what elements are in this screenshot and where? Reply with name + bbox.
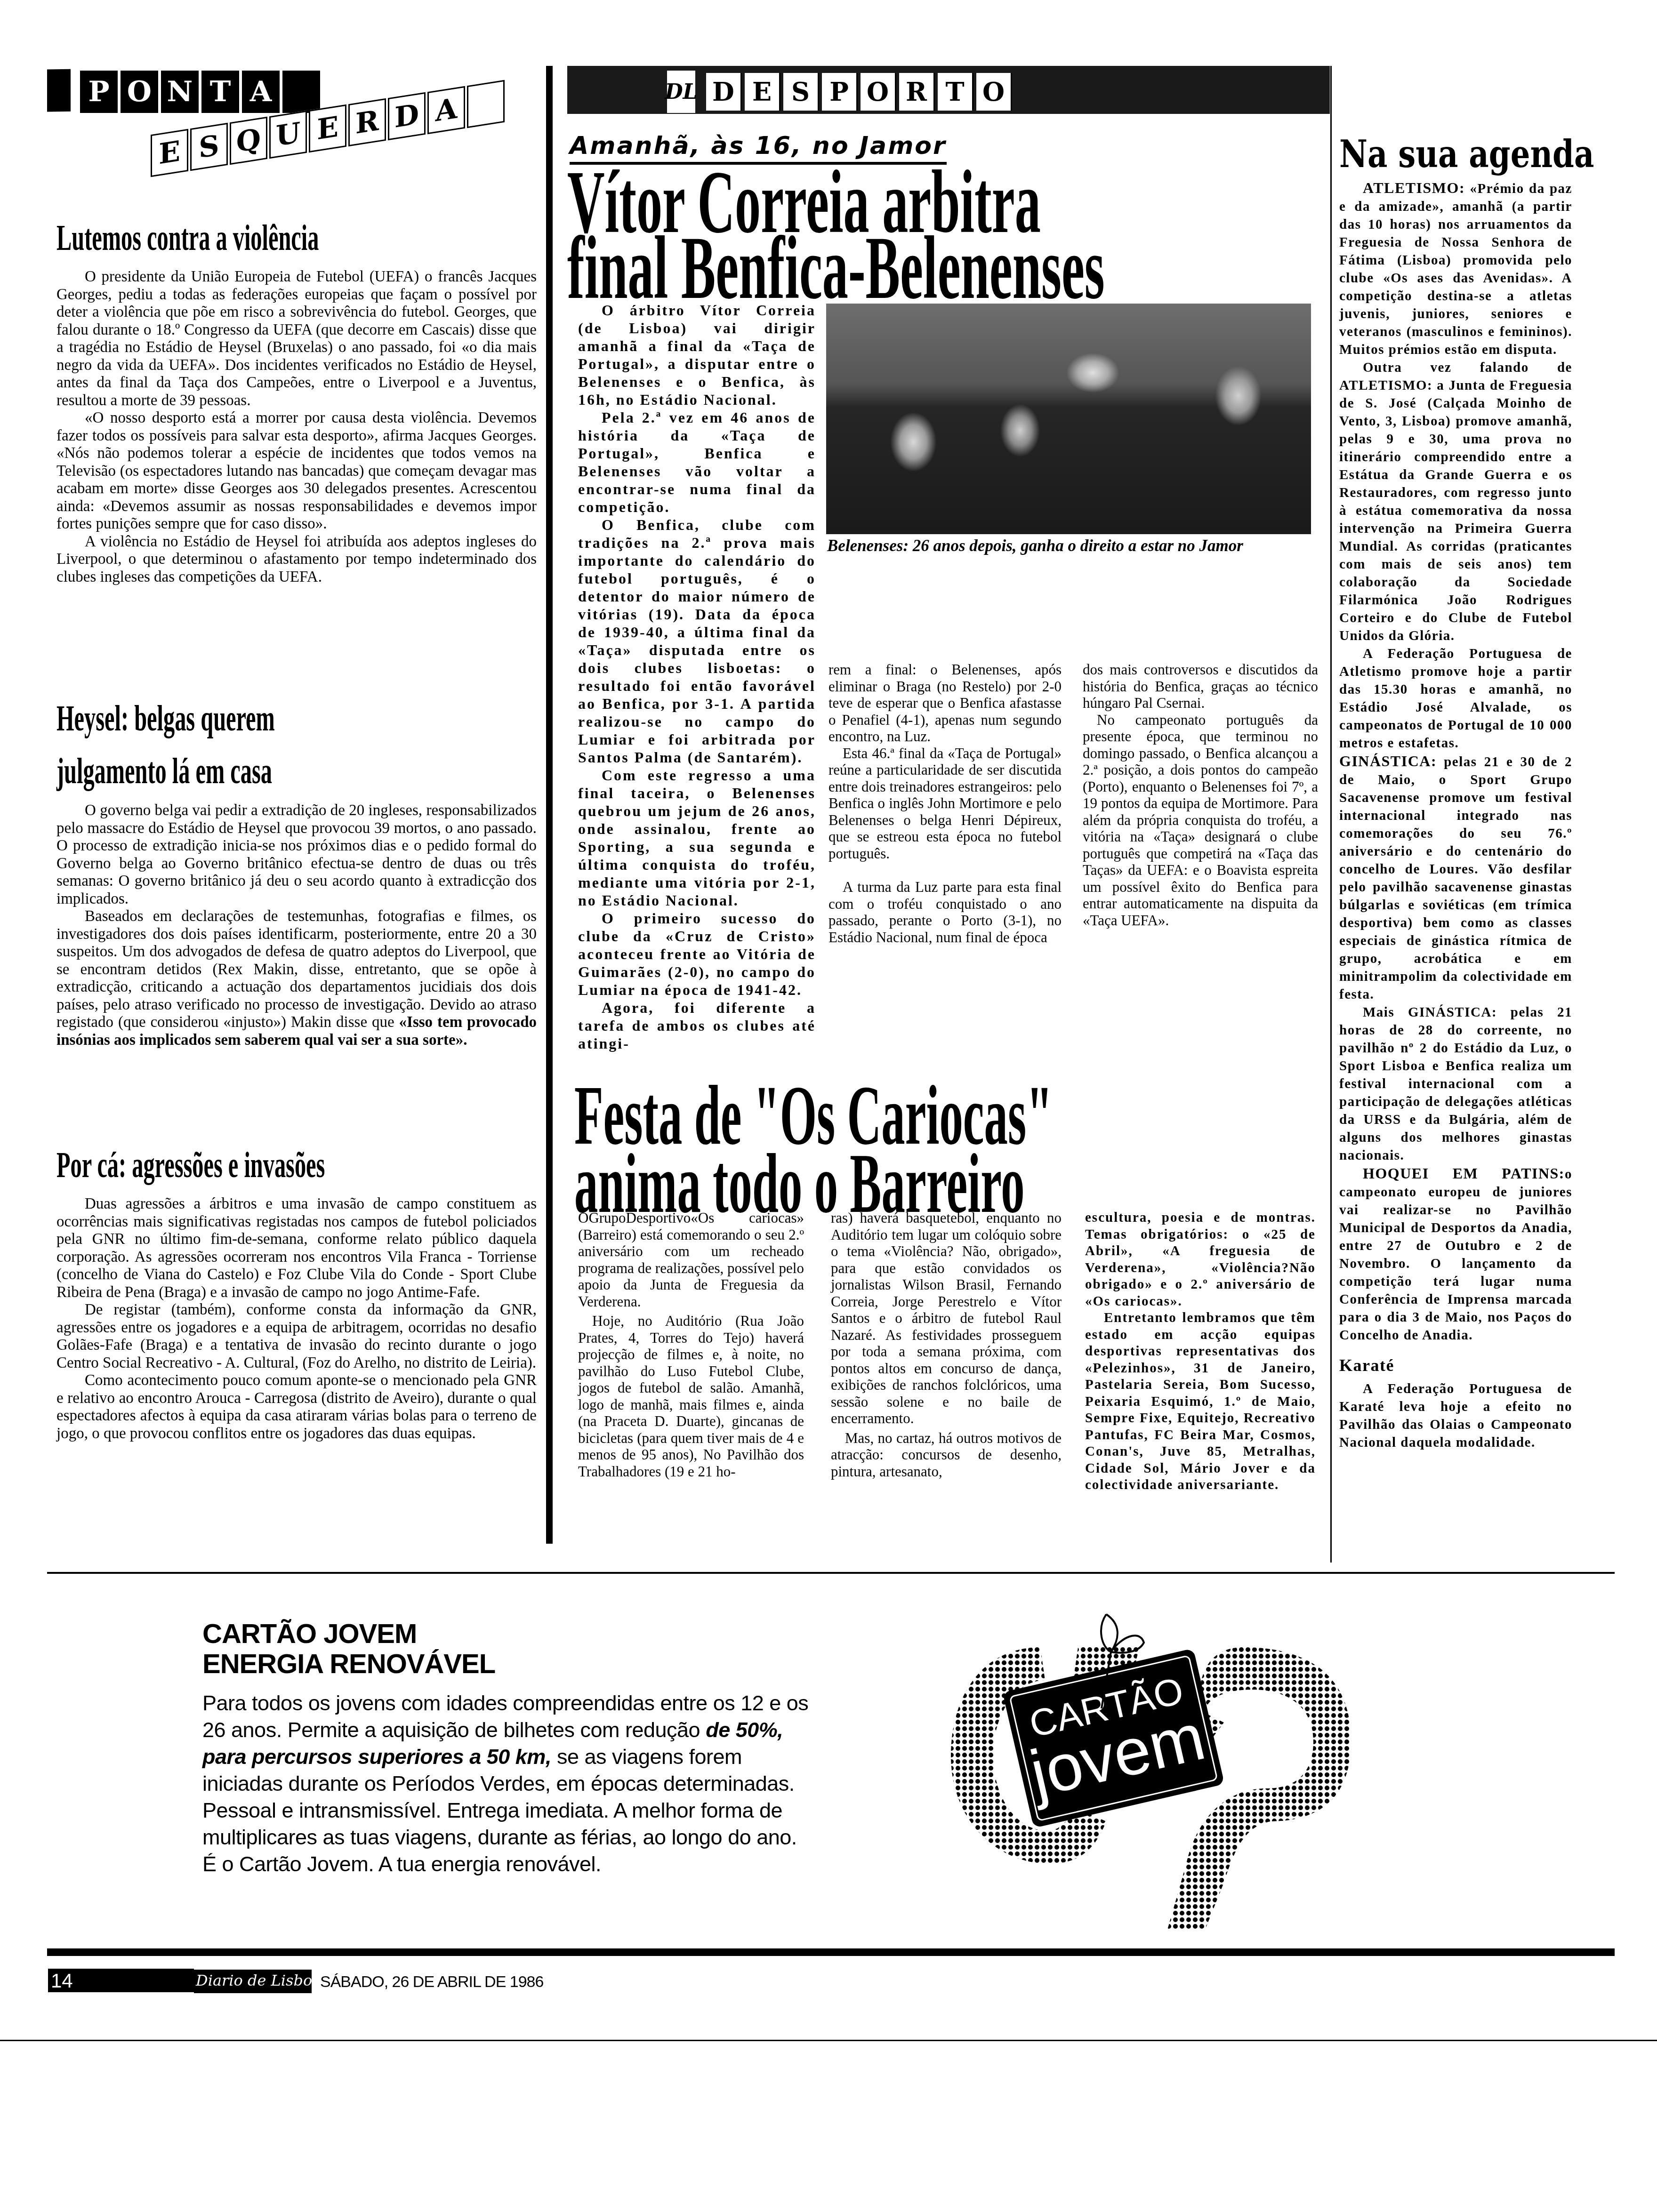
agenda-lead: GINÁSTICA: [1339,753,1437,769]
second-col-2: ras) haverá basquetebol, enquanto no Aud… [831,1210,1062,1480]
paragraph: O presidente da União Europeia de Futebo… [56,268,537,409]
footer-top-rule [47,1948,1615,1956]
headline-heysel-line1: Heysel: belgas querem [56,692,354,745]
paragraph: Agora, foi diferente a tarefa de ambos o… [578,999,816,1052]
logo-tile: U [269,111,307,159]
section-letter: O [976,73,1012,111]
logo-tile: D [388,92,426,141]
agenda-lead: HOQUEI EM PATINS: [1363,1165,1565,1182]
issue-date: SÁBADO, 26 DE ABRIL DE 1986 [320,1973,543,1991]
paragraph: A violência no Estádio de Heysel foi atr… [56,533,537,586]
ponta-esquerda-logo: PONTA ESQUERDA [47,66,508,184]
logo-tile: Q [230,117,267,165]
photo-caption: Belenenses: 26 anos depois, ganha o dire… [827,537,1243,555]
agenda-text: Outra vez falando de ATLETISMO: a Junta … [1339,360,1572,643]
main-col-2: rem a final: o Belenenses, após eliminar… [828,661,1062,946]
dl-logo-mark: DL [667,71,695,113]
article-body: O governo belga vai pedir a extradição d… [56,802,537,1049]
paragraph: Baseados em declarações de testemunhas, … [56,908,537,1049]
paragraph: escultura, poesia e de montras. Temas ob… [1085,1210,1316,1310]
paragraph: dos mais controversos e discutidos da hi… [1083,661,1318,712]
agenda-subhead-karate: Karaté [1339,1356,1572,1374]
second-col-3: escultura, poesia e de montras. Temas ob… [1085,1210,1316,1494]
paragraph: Hoje, no Auditório (Rua João Prates, 4, … [578,1313,804,1480]
main-col-1: O árbitro Vítor Correia (de Lisboa) vai … [578,301,816,1052]
agenda-item: Outra vez falando de ATLETISMO: a Junta … [1339,359,1572,645]
logo-tile: S [190,123,228,171]
headline-por-ca: Por cá: agressões e invasões [56,1144,354,1186]
left-column-rule [546,66,553,1544]
logo-tile: N [161,71,199,113]
paragraph: Como acontecimento pouco comum aponte-se… [56,1372,537,1443]
ad-headline-1: CARTÃO JOVEM [202,1619,956,1649]
ad-body: Para todos os jovens com idades compreen… [202,1690,824,1877]
second-headline-line2: anima todo o Barreiro [574,1148,1025,1219]
page-bottom-rule [0,2040,1657,2041]
agenda-body: ATLETISMO: «Prémio da paz e da amizade»,… [1339,179,1572,1451]
logo-tile-blank [467,80,505,128]
logo-tile: R [348,98,386,147]
agenda-text: A Federação Portuguesa de Atletismo prom… [1339,646,1572,751]
agenda-item: Mais GINÁSTICA: pelas 21 horas de 28 do … [1339,1003,1572,1164]
section-header-desporto: DL DESPORTO [567,66,1330,114]
page-number-box: 14 [48,1969,194,1992]
page-number: 14 [51,1970,73,1992]
article-lutemos: Lutemos contra a violência O presidente … [56,216,537,586]
paragraph: Mas, no cartaz, há outros motivos de atr… [831,1430,1062,1480]
logo-tile: A [427,86,465,135]
paragraph: OGrupoDesportivo«Os cariocas» (Barreiro)… [578,1210,804,1310]
second-col-1: OGrupoDesportivo«Os cariocas» (Barreiro)… [578,1210,804,1480]
paragraph: O governo belga vai pedir a extradição d… [56,802,537,908]
main-col-3: dos mais controversos e discutidos da hi… [1083,661,1318,929]
section-letter: P [822,73,858,111]
paragraph: O Benfica, clube com tradições na 2.ª pr… [578,516,816,766]
paragraph: De registar (também), conforme consta da… [56,1301,537,1372]
paragraph: rem a final: o Belenenses, após eliminar… [828,661,1062,745]
agenda-item: HOQUEI EM PATINS:o campeonato europeu de… [1339,1164,1572,1344]
paragraph: No campeonato português da presente époc… [1083,712,1318,929]
paragraph: O árbitro Vítor Correia (de Lisboa) vai … [578,301,816,409]
article-body: O presidente da União Europeia de Futebo… [56,268,537,586]
article-por-ca: Por cá: agressões e invasões Duas agress… [56,1144,537,1443]
logo-tile: O [121,71,158,113]
logo-tile: T [201,71,239,113]
main-headline-line2: final Benfica-Belenenses [567,228,1105,308]
paragraph: Esta 46.ª final da «Taça de Portugal» re… [828,745,1062,862]
advert-cartao-jovem: CARTÃO JOVEM ENERGIA RENOVÁVEL Para todo… [202,1619,956,1877]
section-letter: S [783,73,819,111]
paragraph: Com este regresso a uma final taceira, o… [578,766,816,909]
masthead: Diario de Lisboa [196,1972,321,1989]
agenda-item: A Federação Portuguesa de Atletismo prom… [1339,645,1572,752]
paragraph: «O nosso desporto está a morrer por caus… [56,409,537,533]
cartao-jovem-logo: CARTÃO jovem [941,1600,1506,1930]
ad-top-rule [47,1572,1615,1574]
agenda-title: Na sua agenda [1339,132,1594,176]
section-letter: T [938,73,973,111]
paragraph: O primeiro sucesso do clube da «Cruz de … [578,909,816,999]
agenda-text: pelas 21 e 30 de 2 de Maio, o Sport Grup… [1339,754,1572,1002]
section-letter: R [899,73,935,111]
agenda-rule [1330,66,1332,1563]
logo-tile: E [151,129,188,177]
agenda-item: GINÁSTICA: pelas 21 e 30 de 2 de Maio, o… [1339,752,1572,1003]
agenda-text: Mais GINÁSTICA: pelas 21 horas de 28 do … [1339,1005,1572,1163]
paragraph: Entretanto lembramos que têm estado em a… [1085,1310,1316,1494]
agenda-text: o campeonato europeu de juniores vai rea… [1339,1167,1572,1343]
ad-headline-2: ENERGIA RENOVÁVEL [202,1649,956,1679]
paragraph: Pela 2.ª vez em 46 anos de história da «… [578,409,816,516]
headline-lutemos: Lutemos contra a violência [56,216,354,259]
logo-tile: E [309,104,346,153]
agenda-item: ATLETISMO: «Prémio da paz e da amizade»,… [1339,179,1572,359]
headline-heysel-line2: julgamento lá em casa [56,745,354,797]
section-letter: O [861,73,896,111]
article-body: Duas agressões a árbitros e uma invasão … [56,1195,537,1443]
logo-tile: A [242,71,280,113]
belenenses-team-photo [826,304,1311,534]
paragraph: Duas agressões a árbitros e uma invasão … [56,1195,537,1301]
section-letter: E [745,73,780,111]
paragraph: A turma da Luz parte para esta final com… [828,879,1062,946]
article-heysel: Heysel: belgas querem julgamento lá em c… [56,692,537,1049]
agenda-text: «Prémio da paz e da amizade», amanhã (a … [1339,181,1572,357]
paragraph-text: Baseados em declarações de testemunhas, … [56,908,537,1031]
section-letter: D [706,73,742,111]
agenda-item: A Federação Portuguesa de Karaté leva ho… [1339,1380,1572,1451]
agenda-lead: ATLETISMO: [1363,179,1465,196]
ad-body-closing: É o Cartão Jovem. A tua energia renováve… [202,1852,601,1876]
logo-tile: P [80,71,118,113]
paragraph: ras) haverá basquetebol, enquanto no Aud… [831,1210,1062,1427]
masthead-box: Diario de Lisboa [194,1970,312,1993]
logo-tile-blank [282,71,320,113]
